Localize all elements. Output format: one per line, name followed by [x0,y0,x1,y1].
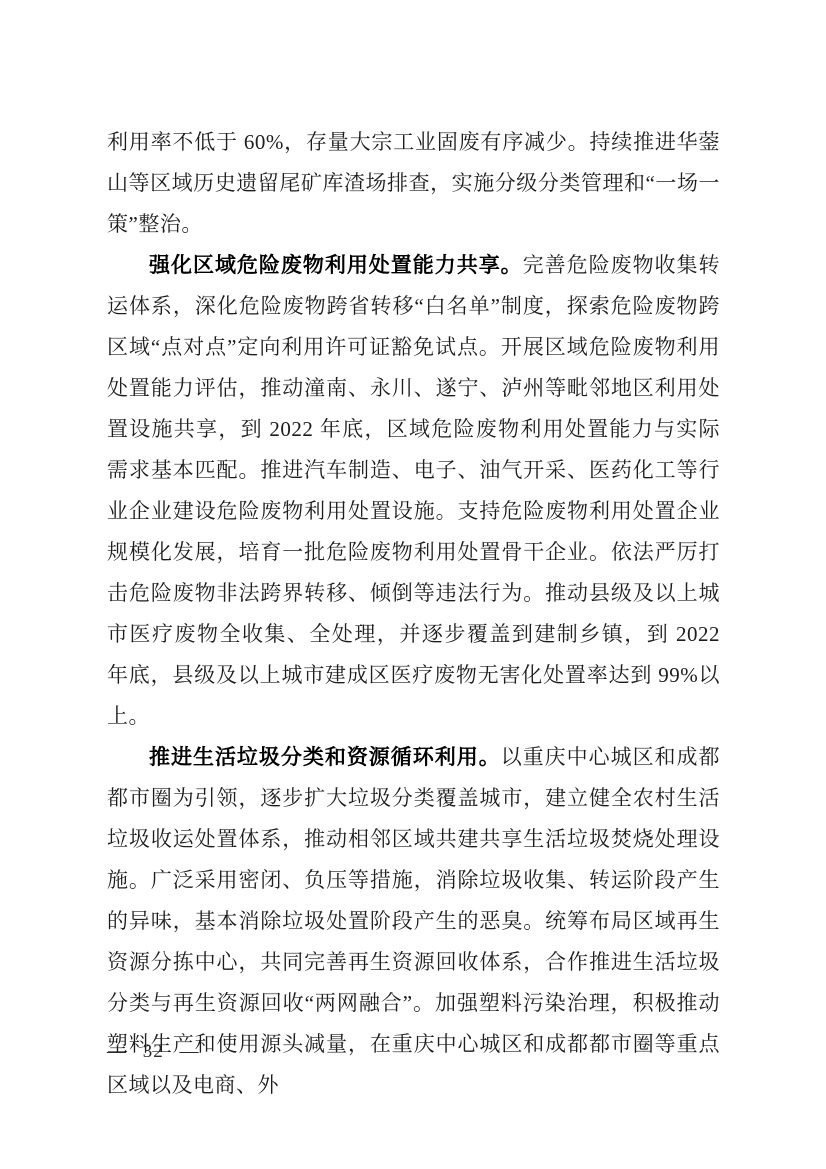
document-page: 利用率不低于 60%，存量大宗工业固废有序减少。持续推进华蓥山等区域历史遗留尾矿… [0,0,826,1169]
paragraph-continuation: 利用率不低于 60%，存量大宗工业固废有序减少。持续推进华蓥山等区域历史遗留尾矿… [107,122,720,245]
paragraph-lead-bold: 强化区域危险废物利用处置能力共享。 [149,254,523,277]
paragraph-hazardous-waste: 强化区域危险废物利用处置能力共享。完善危险废物收集转运体系，深化危险废物跨省转移… [107,245,720,737]
page-number: — 32 — [107,1038,200,1066]
paragraph-text: 利用率不低于 60%，存量大宗工业固废有序减少。持续推进华蓥山等区域历史遗留尾矿… [107,130,720,236]
paragraph-lead-bold: 推进生活垃圾分类和资源循环利用。 [149,746,501,769]
paragraph-text: 完善危险废物收集转运体系，深化危险废物跨省转移“白名单”制度，探索危险废物跨区域… [107,253,720,728]
page-body-text: 利用率不低于 60%，存量大宗工业固废有序减少。持续推进华蓥山等区域历史遗留尾矿… [107,122,720,1106]
